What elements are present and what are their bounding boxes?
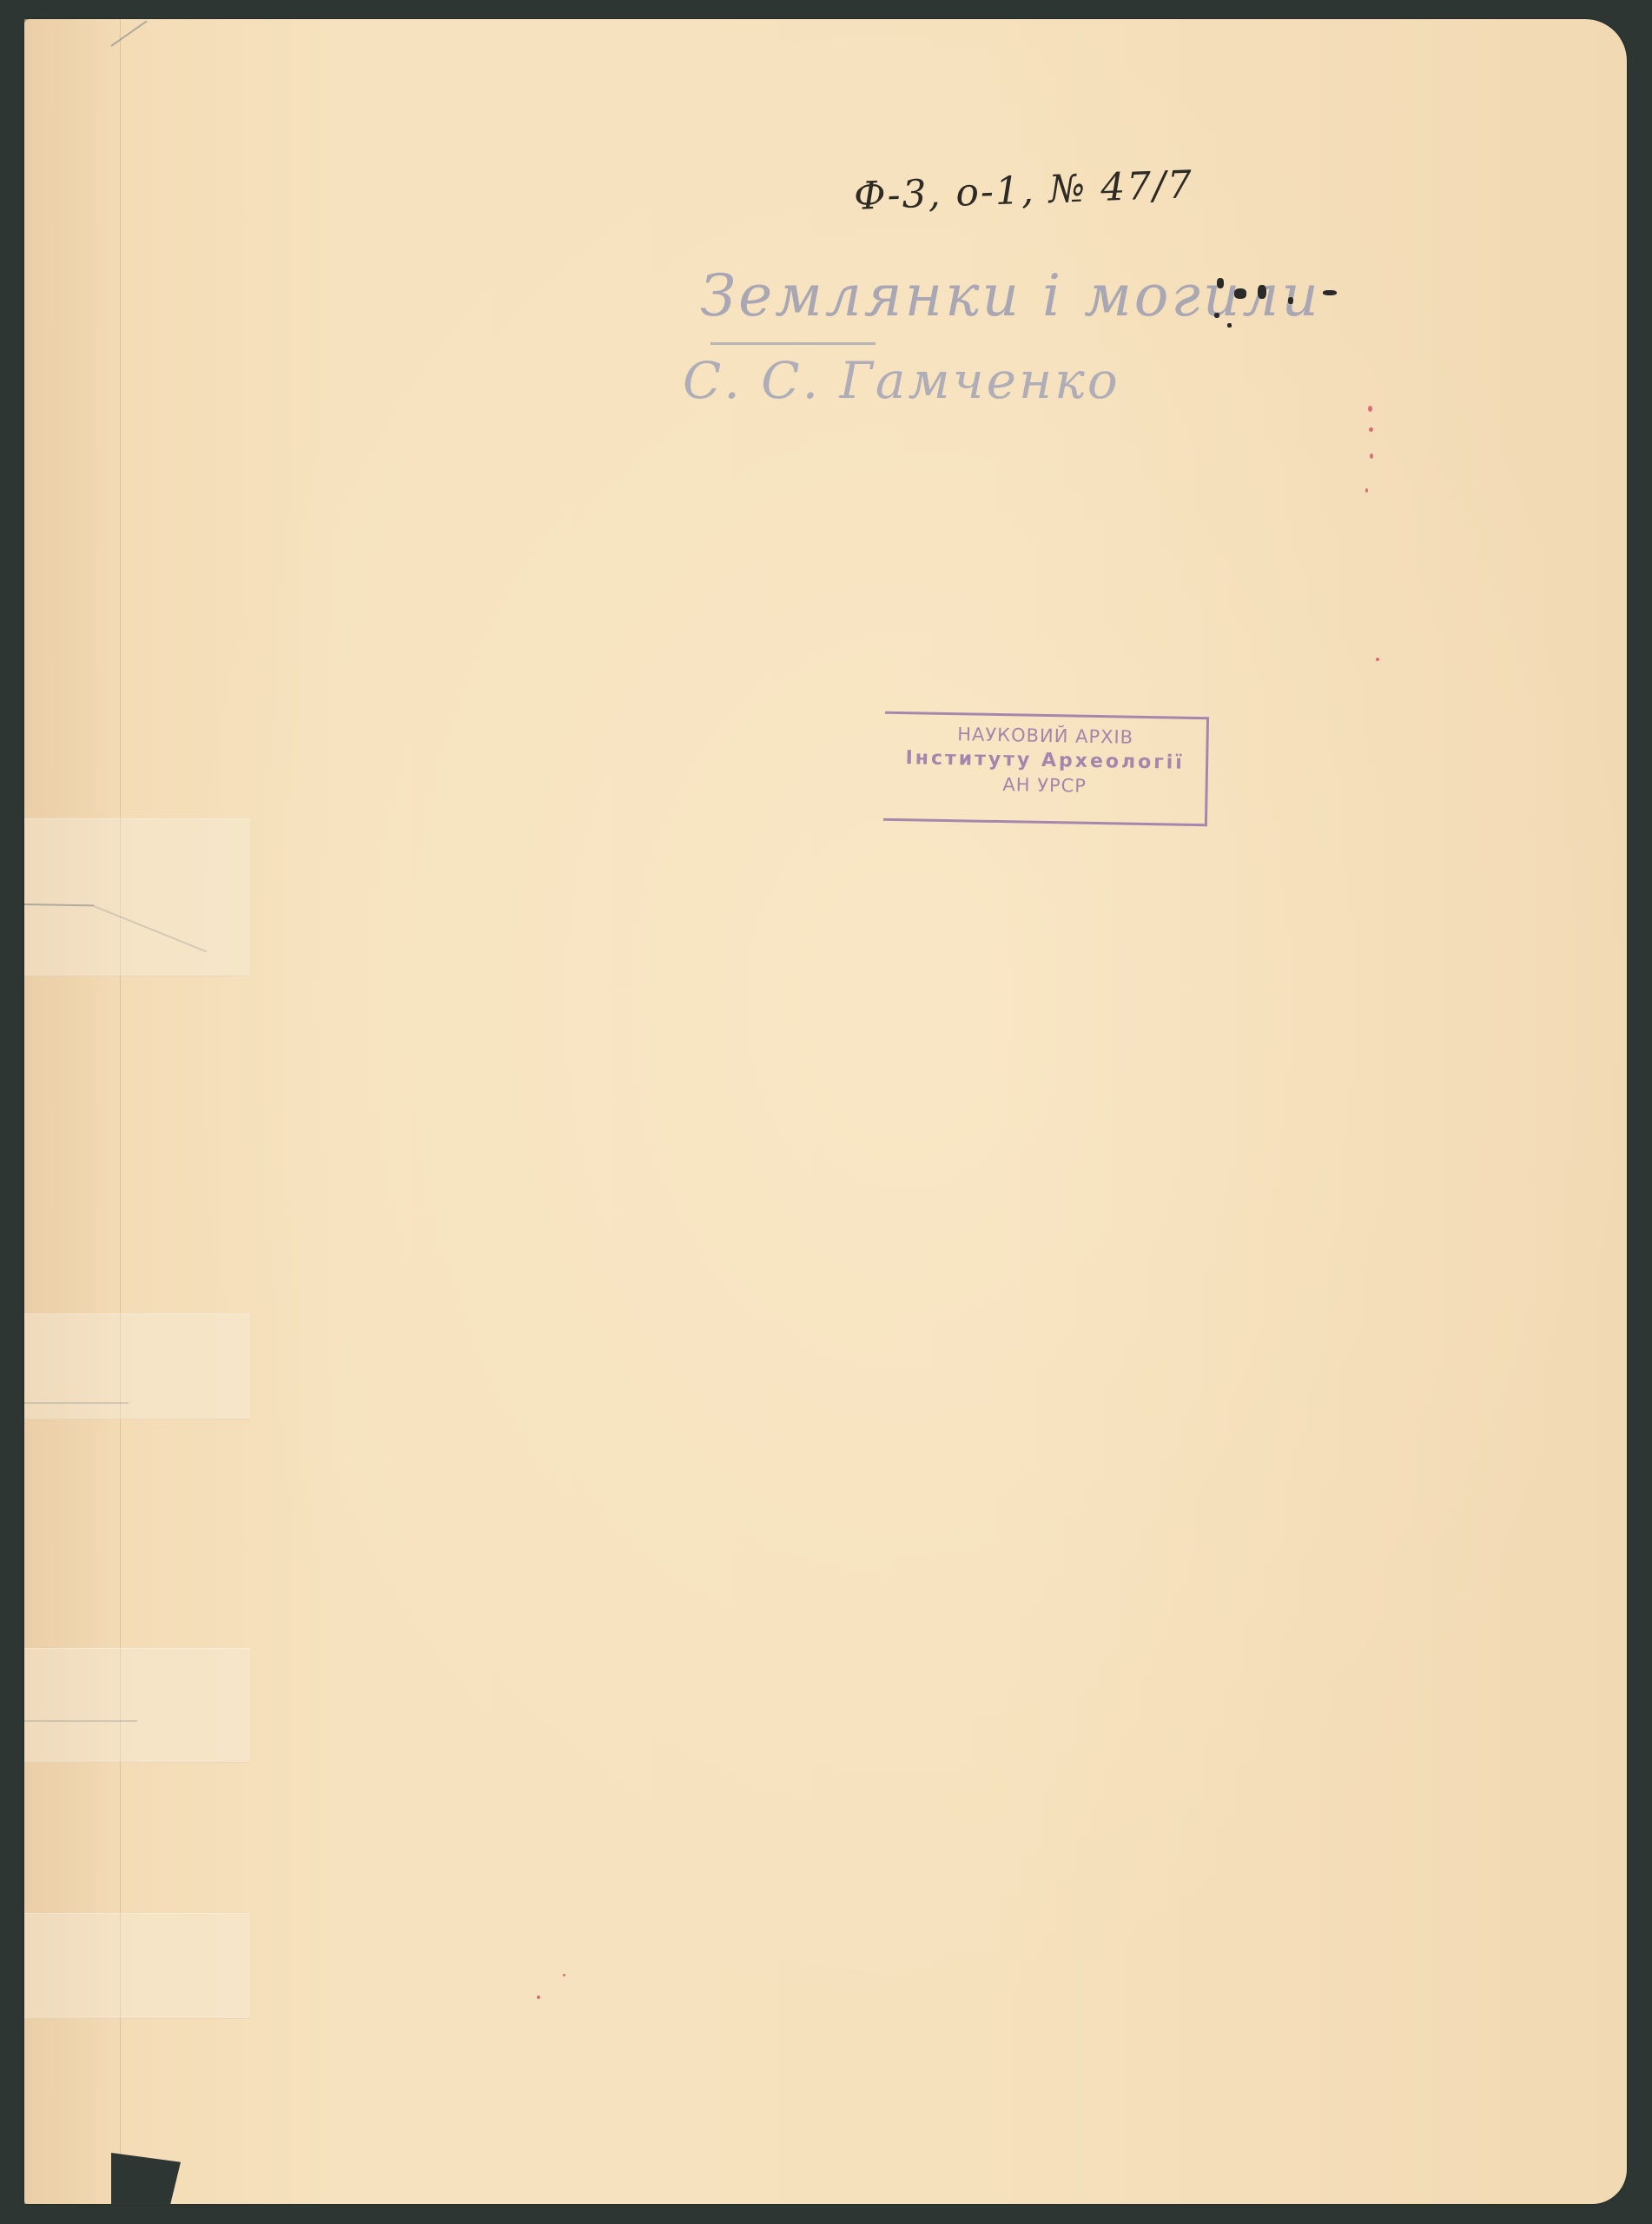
- archive-reference-number: Ф-3, о-1, № 47/7: [853, 162, 1194, 219]
- folder-cover-page: Ф-3, о-1, № 47/7 Землянки і могили С. С.…: [24, 19, 1627, 2204]
- stamp-line-academy: АН УРСР: [883, 772, 1205, 798]
- ink-blots: [1210, 271, 1436, 341]
- binding-strip: [24, 19, 121, 2204]
- scan-background: Ф-3, о-1, № 47/7 Землянки і могили С. С.…: [0, 0, 1652, 2224]
- title-underline: [710, 342, 876, 345]
- tape-repair: [24, 1648, 250, 1763]
- paper-tear: [24, 1720, 137, 1722]
- stamp-line-archive: НАУКОВИЙ АРХІВ: [884, 723, 1206, 749]
- stamp-line-institute: Інституту Археології: [884, 747, 1206, 774]
- tape-repair: [24, 1913, 250, 2019]
- archive-stamp: НАУКОВИЙ АРХІВ Інституту Археології АН У…: [883, 712, 1209, 826]
- tape-repair: [24, 818, 250, 976]
- handwritten-author: С. С. Гамченко: [683, 351, 1120, 410]
- paper-tear: [24, 1402, 129, 1404]
